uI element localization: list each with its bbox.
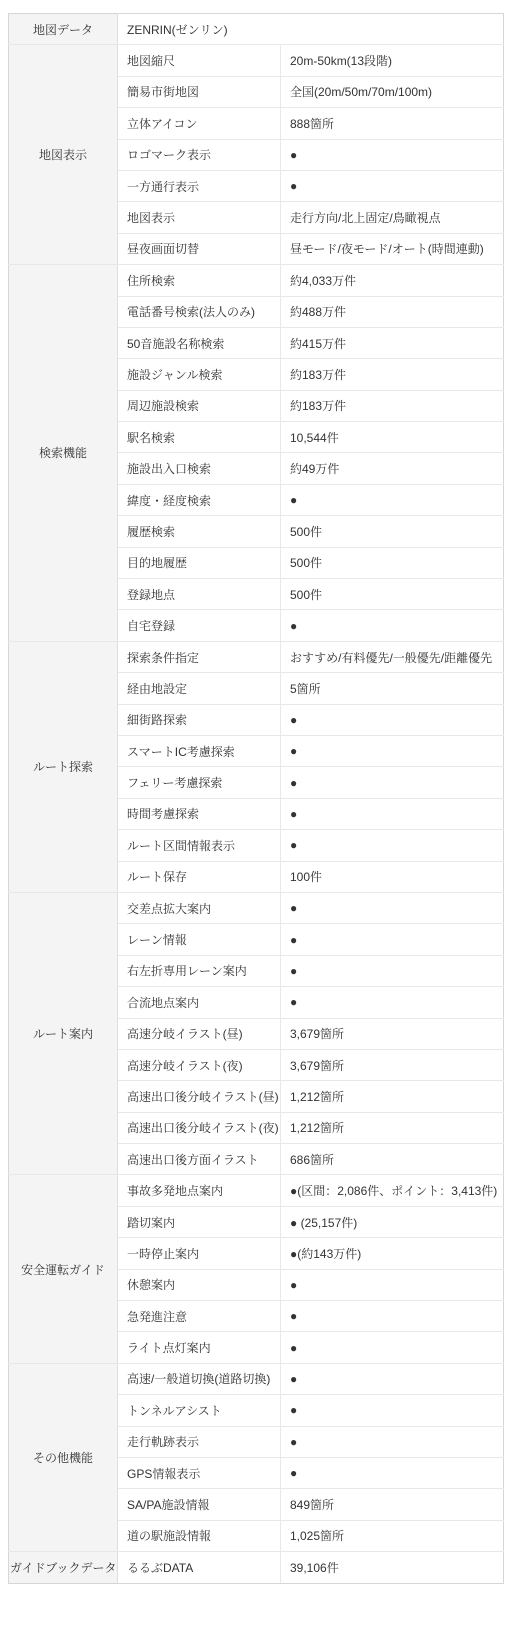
feature-cell: 交差点拡大案内: [118, 892, 281, 923]
feature-cell: 履歴検索: [118, 516, 281, 547]
value-cell: 約183万件: [281, 359, 504, 390]
value-cell: 約4,033万件: [281, 265, 504, 296]
feature-cell: ライト点灯案内: [118, 1332, 281, 1363]
feature-cell: トンネルアシスト: [118, 1395, 281, 1426]
feature-cell: 高速出口後分岐イラスト(夜): [118, 1112, 281, 1143]
feature-cell: 地図表示: [118, 202, 281, 233]
feature-cell: 高速/一般道切換(道路切換): [118, 1363, 281, 1394]
value-cell: 約49万件: [281, 453, 504, 484]
value-cell: 3,679箇所: [281, 1018, 504, 1049]
feature-cell: 住所検索: [118, 265, 281, 296]
category-cell: 地図表示: [9, 45, 118, 265]
feature-cell: 一方通行表示: [118, 170, 281, 201]
feature-cell: ZENRIN(ゼンリン): [118, 14, 504, 45]
value-cell: ●: [281, 484, 504, 515]
value-cell: 686箇所: [281, 1144, 504, 1175]
feature-cell: 細街路探索: [118, 704, 281, 735]
feature-cell: 高速出口後方面イラスト: [118, 1144, 281, 1175]
value-cell: ●: [281, 987, 504, 1018]
feature-cell: ロゴマーク表示: [118, 139, 281, 170]
value-cell: ●: [281, 1269, 504, 1300]
feature-cell: GPS情報表示: [118, 1457, 281, 1488]
value-cell: 20m-50km(13段階): [281, 45, 504, 76]
feature-cell: レーン情報: [118, 924, 281, 955]
feature-cell: 事故多発地点案内: [118, 1175, 281, 1206]
value-cell: 昼モード/夜モード/オート(時間連動): [281, 233, 504, 264]
feature-cell: 一時停止案内: [118, 1238, 281, 1269]
value-cell: 100件: [281, 861, 504, 892]
category-cell: その他機能: [9, 1363, 118, 1551]
value-cell: ●: [281, 170, 504, 201]
value-cell: 約415万件: [281, 327, 504, 358]
feature-cell: 登録地点: [118, 579, 281, 610]
feature-cell: 地図縮尺: [118, 45, 281, 76]
value-cell: 39,106件: [281, 1552, 504, 1583]
feature-cell: 電話番号検索(法人のみ): [118, 296, 281, 327]
value-cell: ●: [281, 1332, 504, 1363]
value-cell: 1,212箇所: [281, 1081, 504, 1112]
value-cell: ●(区間：2,086件、ポイント：3,413件): [281, 1175, 504, 1206]
value-cell: ● (25,157件): [281, 1206, 504, 1237]
feature-cell: 急発進注意: [118, 1301, 281, 1332]
feature-cell: SA/PA施設情報: [118, 1489, 281, 1520]
feature-cell: 施設ジャンル検索: [118, 359, 281, 390]
feature-cell: 50音施設名称検索: [118, 327, 281, 358]
value-cell: ●: [281, 924, 504, 955]
value-cell: 10,544件: [281, 422, 504, 453]
value-cell: 500件: [281, 547, 504, 578]
value-cell: ●: [281, 1395, 504, 1426]
category-cell: ルート案内: [9, 892, 118, 1175]
table-row: ルート案内 交差点拡大案内 ●: [9, 892, 504, 923]
feature-cell: 昼夜画面切替: [118, 233, 281, 264]
table-row: ガイドブックデータ るるぶDATA 39,106件: [9, 1552, 504, 1583]
feature-cell: 簡易市街地図: [118, 76, 281, 107]
value-cell: ●: [281, 767, 504, 798]
value-cell: ●: [281, 610, 504, 641]
value-cell: 888箇所: [281, 108, 504, 139]
feature-cell: 駅名検索: [118, 422, 281, 453]
feature-cell: 探索条件指定: [118, 641, 281, 672]
feature-cell: 周辺施設検索: [118, 390, 281, 421]
feature-cell: 走行軌跡表示: [118, 1426, 281, 1457]
feature-cell: 高速分岐イラスト(昼): [118, 1018, 281, 1049]
feature-cell: 休憩案内: [118, 1269, 281, 1300]
feature-cell: 合流地点案内: [118, 987, 281, 1018]
category-cell: 安全運転ガイド: [9, 1175, 118, 1363]
value-cell: ●: [281, 955, 504, 986]
feature-cell: 緯度・経度検索: [118, 484, 281, 515]
category-cell: 地図データ: [9, 14, 118, 45]
value-cell: 5箇所: [281, 673, 504, 704]
value-cell: 約183万件: [281, 390, 504, 421]
value-cell: ●: [281, 1363, 504, 1394]
feature-cell: フェリー考慮探索: [118, 767, 281, 798]
table-row: 地図データ ZENRIN(ゼンリン): [9, 14, 504, 45]
value-cell: ●: [281, 1301, 504, 1332]
feature-cell: 施設出入口検索: [118, 453, 281, 484]
value-cell: ●: [281, 1457, 504, 1488]
value-cell: 1,212箇所: [281, 1112, 504, 1143]
feature-cell: るるぶDATA: [118, 1552, 281, 1583]
feature-cell: 目的地履歴: [118, 547, 281, 578]
table-row: 安全運転ガイド 事故多発地点案内 ●(区間：2,086件、ポイント：3,413件…: [9, 1175, 504, 1206]
feature-cell: 高速出口後分岐イラスト(昼): [118, 1081, 281, 1112]
value-cell: 1,025箇所: [281, 1520, 504, 1551]
value-cell: ●: [281, 798, 504, 829]
value-cell: ●: [281, 139, 504, 170]
value-cell: ●(約143万件): [281, 1238, 504, 1269]
table-row: ルート探索 探索条件指定 おすすめ/有料優先/一般優先/距離優先: [9, 641, 504, 672]
feature-cell: ルート区間情報表示: [118, 830, 281, 861]
value-cell: 3,679箇所: [281, 1049, 504, 1080]
feature-cell: 右左折専用レーン案内: [118, 955, 281, 986]
category-cell: ガイドブックデータ: [9, 1552, 118, 1583]
feature-cell: 時間考慮探索: [118, 798, 281, 829]
feature-cell: 道の駅施設情報: [118, 1520, 281, 1551]
feature-cell: 自宅登録: [118, 610, 281, 641]
feature-cell: ルート保存: [118, 861, 281, 892]
feature-cell: 立体アイコン: [118, 108, 281, 139]
table-row: その他機能 高速/一般道切換(道路切換) ●: [9, 1363, 504, 1394]
category-cell: ルート探索: [9, 641, 118, 892]
value-cell: ●: [281, 704, 504, 735]
feature-cell: 高速分岐イラスト(夜): [118, 1049, 281, 1080]
value-cell: 走行方向/北上固定/鳥瞰視点: [281, 202, 504, 233]
feature-cell: スマートIC考慮探索: [118, 735, 281, 766]
spec-table: 地図データ ZENRIN(ゼンリン) 地図表示 地図縮尺 20m-50km(13…: [8, 13, 504, 1584]
feature-cell: 踏切案内: [118, 1206, 281, 1237]
category-cell: 検索機能: [9, 265, 118, 642]
table-row: 検索機能 住所検索 約4,033万件: [9, 265, 504, 296]
value-cell: 約488万件: [281, 296, 504, 327]
value-cell: 全国(20m/50m/70m/100m): [281, 76, 504, 107]
value-cell: 500件: [281, 516, 504, 547]
feature-cell: 経由地設定: [118, 673, 281, 704]
value-cell: ●: [281, 892, 504, 923]
table-row: 地図表示 地図縮尺 20m-50km(13段階): [9, 45, 504, 76]
value-cell: ●: [281, 830, 504, 861]
value-cell: ●: [281, 735, 504, 766]
value-cell: ●: [281, 1426, 504, 1457]
value-cell: おすすめ/有料優先/一般優先/距離優先: [281, 641, 504, 672]
page-background: 地図データ ZENRIN(ゼンリン) 地図表示 地図縮尺 20m-50km(13…: [0, 0, 510, 1630]
value-cell: 500件: [281, 579, 504, 610]
value-cell: 849箇所: [281, 1489, 504, 1520]
